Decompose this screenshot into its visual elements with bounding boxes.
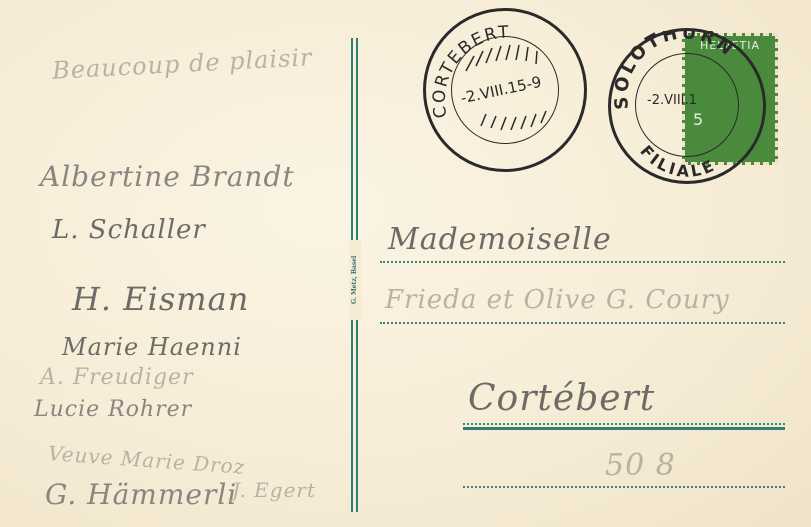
signature: Lucie Rohrer: [34, 397, 192, 422]
address-town: Cortébert: [468, 378, 655, 419]
printer-mark: G. Metz, Basel: [349, 240, 361, 320]
address-recipient-title: Mademoiselle: [388, 222, 612, 257]
address-extra: 50 8: [605, 448, 676, 483]
signature: Albertine Brandt: [40, 160, 295, 193]
postmark-cortebert: CORTEBERT -2.VIII.15-9: [423, 8, 587, 172]
signature: A. Freudiger: [40, 365, 194, 390]
signature: Veuve Marie Droz: [47, 441, 246, 479]
postcard-back: Beaucoup de plaisir Albertine Brandt L. …: [0, 0, 811, 527]
postmark-date: -2.VIII.1: [647, 93, 697, 108]
signature: H. Eisman: [72, 280, 249, 318]
signature: L. Schaller: [52, 215, 206, 245]
address-line-3-rule: [463, 427, 785, 430]
address-line-4: [463, 486, 785, 488]
address-line-3: [463, 423, 785, 425]
address-line-2: [380, 322, 785, 324]
signature: Marie Haenni: [62, 333, 242, 361]
signature: J. Egert: [232, 478, 316, 502]
greeting-text: Beaucoup de plaisir: [51, 43, 313, 85]
address-line-1: [380, 261, 785, 263]
postmark-solothurn: SOLOTHURN FILIALE -2.VIII.1: [608, 28, 766, 184]
signature: G. Hämmerli: [45, 478, 237, 511]
address-recipient-name: Frieda et Olive G. Coury: [385, 285, 730, 315]
